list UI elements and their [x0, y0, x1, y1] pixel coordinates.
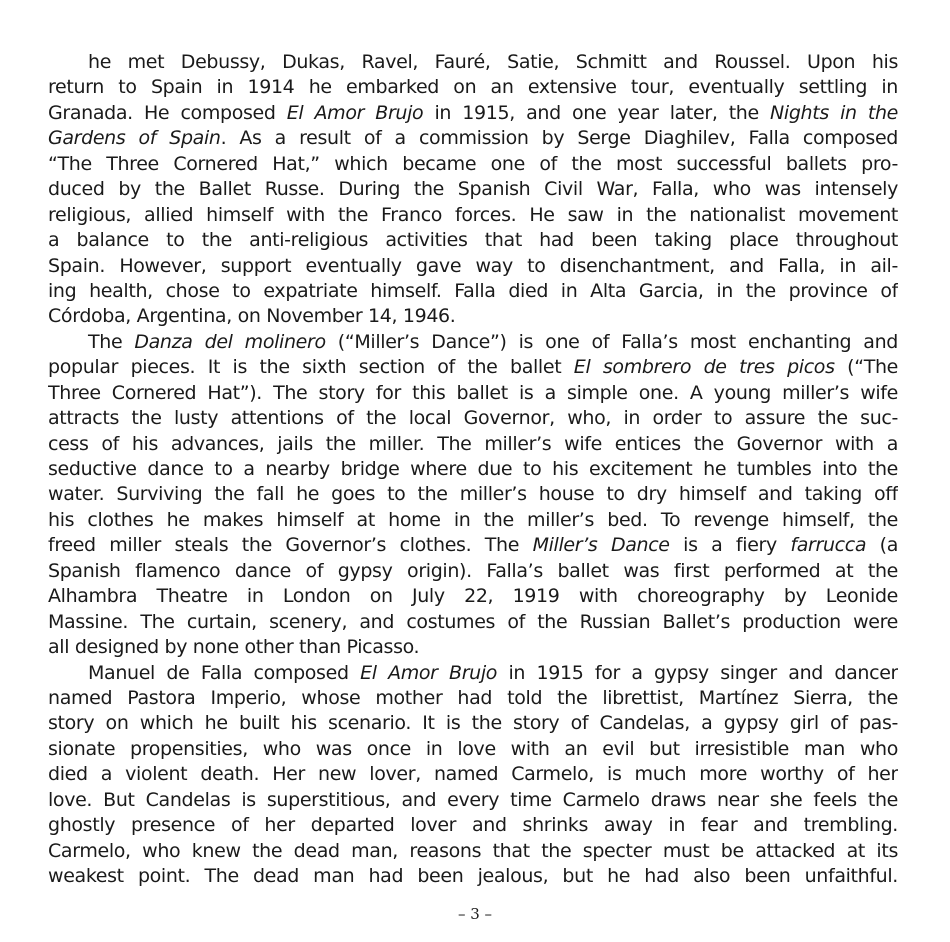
text-line: Gardens of Spain. As a result of a commi…: [48, 126, 898, 151]
text-line: died a violent death. Her new lover, nam…: [48, 762, 898, 787]
body-text: he met Debussy, Dukas, Ravel, Fauré, Sat…: [48, 50, 898, 889]
text-line: Granada. He composed El Amor Brujo in 19…: [48, 101, 898, 126]
text-run: Carmelo, who knew the dead man, reasons …: [48, 840, 898, 862]
text-line: sionate propensities, who was once in lo…: [48, 737, 898, 762]
italic-title: Nights in the: [770, 102, 898, 124]
text-run: weakest point. The dead man had been jea…: [48, 865, 898, 887]
text-run: (a: [866, 534, 898, 556]
text-run: seductive dance to a nearby bridge where…: [48, 458, 898, 480]
text-run: he met Debussy, Dukas, Ravel, Fauré, Sat…: [88, 51, 898, 73]
paragraph: he met Debussy, Dukas, Ravel, Fauré, Sat…: [48, 50, 898, 330]
text-line: The Danza del molinero (“Miller’s Dance”…: [48, 330, 898, 355]
text-run: Córdoba, Argentina, on November 14, 1946…: [48, 305, 455, 327]
text-run: ing health, chose to expatriate himself.…: [48, 280, 898, 302]
text-line: Córdoba, Argentina, on November 14, 1946…: [48, 304, 898, 329]
text-line: Spain. However, support eventually gave …: [48, 254, 898, 279]
text-run: sionate propensities, who was once in lo…: [48, 738, 898, 760]
text-line: all designed by none other than Picasso.: [48, 635, 898, 660]
text-run: duced by the Ballet Russe. During the Sp…: [48, 178, 898, 200]
text-line: “The Three Cornered Hat,” which became o…: [48, 152, 898, 177]
text-line: he met Debussy, Dukas, Ravel, Fauré, Sat…: [48, 50, 898, 75]
text-run: . As a result of a commission by Serge D…: [221, 127, 898, 149]
text-run: love. But Candelas is superstitious, and…: [48, 789, 898, 811]
text-run: cess of his advances, jails the miller. …: [48, 433, 898, 455]
text-line: Spanish flamenco dance of gypsy origin).…: [48, 559, 898, 584]
text-line: his clothes he makes himself at home in …: [48, 508, 898, 533]
paragraph: Manuel de Falla composed El Amor Brujo i…: [48, 661, 898, 890]
text-run: named Pastora Imperio, whose mother had …: [48, 687, 898, 709]
text-run: Granada. He composed: [48, 102, 287, 124]
text-run: all designed by none other than Picasso.: [48, 636, 419, 658]
text-line: freed miller steals the Governor’s cloth…: [48, 533, 898, 558]
text-run: attracts the lusty attentions of the loc…: [48, 407, 898, 429]
text-line: story on which he built his scenario. It…: [48, 711, 898, 736]
text-run: a balance to the anti-religious activiti…: [48, 229, 898, 251]
text-run: religious, allied himself with the Franc…: [48, 204, 898, 226]
text-line: cess of his advances, jails the miller. …: [48, 432, 898, 457]
text-line: love. But Candelas is superstitious, and…: [48, 788, 898, 813]
text-run: “The Three Cornered Hat,” which became o…: [48, 153, 898, 175]
text-run: The: [88, 331, 134, 353]
italic-title: Gardens of Spain: [48, 127, 221, 149]
text-line: attracts the lusty attentions of the loc…: [48, 406, 898, 431]
text-run: story on which he built his scenario. It…: [48, 712, 898, 734]
text-line: ing health, chose to expatriate himself.…: [48, 279, 898, 304]
text-run: Alhambra Theatre in London on July 22, 1…: [48, 585, 898, 607]
italic-title: El Amor Brujo: [360, 662, 497, 684]
text-line: Alhambra Theatre in London on July 22, 1…: [48, 584, 898, 609]
text-run: freed miller steals the Governor’s cloth…: [48, 534, 533, 556]
text-run: Spain. However, support eventually gave …: [48, 255, 898, 277]
text-run: (“Miller’s Dance”) is one of Falla’s mos…: [326, 331, 898, 353]
text-run: water. Surviving the fall he goes to the…: [48, 483, 898, 505]
text-run: in 1915 for a gypsy singer and dancer: [497, 662, 898, 684]
text-run: his clothes he makes himself at home in …: [48, 509, 898, 531]
text-line: Manuel de Falla composed El Amor Brujo i…: [48, 661, 898, 686]
italic-title: Danza del molinero: [134, 331, 325, 353]
text-line: Carmelo, who knew the dead man, reasons …: [48, 839, 898, 864]
italic-title: El sombrero de tres picos: [574, 356, 835, 378]
text-run: (“The: [835, 356, 898, 378]
italic-title: Miller’s Dance: [533, 534, 670, 556]
italic-title: farrucca: [790, 534, 866, 556]
text-line: weakest point. The dead man had been jea…: [48, 864, 898, 889]
text-run: in 1915, and one year later, the: [423, 102, 770, 124]
text-run: Manuel de Falla composed: [88, 662, 360, 684]
text-run: ghostly presence of her departed lover a…: [48, 814, 898, 836]
text-run: Massine. The curtain, scenery, and costu…: [48, 611, 898, 633]
text-line: Three Cornered Hat”). The story for this…: [48, 381, 898, 406]
text-run: died a violent death. Her new lover, nam…: [48, 763, 898, 785]
text-line: water. Surviving the fall he goes to the…: [48, 482, 898, 507]
text-line: seductive dance to a nearby bridge where…: [48, 457, 898, 482]
text-run: Spanish flamenco dance of gypsy origin).…: [48, 560, 898, 582]
text-line: return to Spain in 1914 he embarked on a…: [48, 75, 898, 100]
text-line: duced by the Ballet Russe. During the Sp…: [48, 177, 898, 202]
text-run: return to Spain in 1914 he embarked on a…: [48, 76, 898, 98]
text-line: religious, allied himself with the Franc…: [48, 203, 898, 228]
text-run: popular pieces. It is the sixth section …: [48, 356, 574, 378]
text-run: is a fiery: [670, 534, 791, 556]
page-number: – 3 –: [0, 905, 950, 923]
document-page: he met Debussy, Dukas, Ravel, Fauré, Sat…: [48, 50, 898, 889]
italic-title: El Amor Brujo: [287, 102, 424, 124]
text-run: Three Cornered Hat”). The story for this…: [48, 382, 898, 404]
text-line: popular pieces. It is the sixth section …: [48, 355, 898, 380]
text-line: named Pastora Imperio, whose mother had …: [48, 686, 898, 711]
text-line: a balance to the anti-religious activiti…: [48, 228, 898, 253]
text-line: Massine. The curtain, scenery, and costu…: [48, 610, 898, 635]
paragraph: The Danza del molinero (“Miller’s Dance”…: [48, 330, 898, 661]
text-line: ghostly presence of her departed lover a…: [48, 813, 898, 838]
